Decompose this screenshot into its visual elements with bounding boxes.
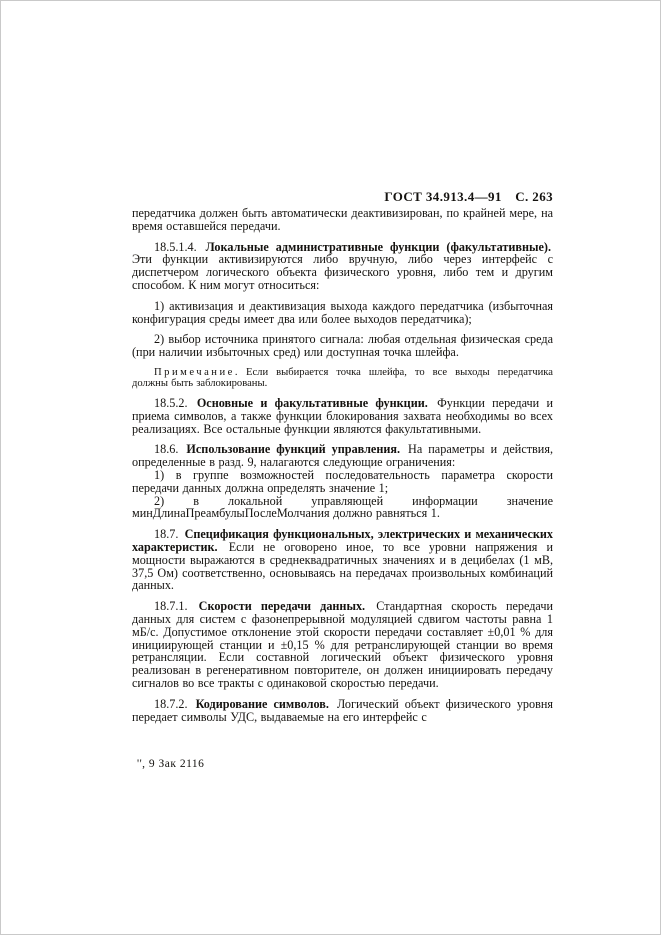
section-paragraph: 18.6. Использование функций управления. … <box>132 443 553 469</box>
document-page: ГОСТ 34.913.4—91 С. 263 передатчика долж… <box>0 0 661 935</box>
paragraph-text: 1) активизация и деактивизация выхода ка… <box>132 299 553 326</box>
paragraph-text: 2) выбор источника принятого сигнала: лю… <box>132 332 553 359</box>
body-paragraph: передатчика должен быть автоматически де… <box>132 207 553 233</box>
section-paragraph: 18.7. Спецификация функциональных, элект… <box>132 528 553 592</box>
section-paragraph: 18.7.2. Кодирование символов. Логический… <box>132 698 553 724</box>
body-paragraph: 1) в группе возможностей последовательно… <box>132 469 553 495</box>
paragraph-text: Эти функции активизируются либо вручную,… <box>132 252 553 292</box>
section-paragraph: 18.5.2. Основные и факультативные функци… <box>132 397 553 435</box>
section-paragraph: 18.5.1.4. Локальные административные фун… <box>132 241 553 292</box>
note-label: Примечание. <box>154 367 246 378</box>
body-paragraph: 1) активизация и деактивизация выхода ка… <box>132 300 553 326</box>
body-paragraph: 2) в локальной управляющей информации зн… <box>132 495 553 521</box>
paragraph-text: Стандартная скорость передачи данных для… <box>132 599 553 690</box>
paragraph-text: передатчика должен быть автоматически де… <box>132 206 553 233</box>
document-content: передатчика должен быть автоматически де… <box>132 207 553 723</box>
section-paragraph: 18.7.1. Скорости передачи данных. Станда… <box>132 600 553 690</box>
paragraph-text: 1) в группе возможностей последовательно… <box>132 468 553 495</box>
note-paragraph: Примечание.Если выбирается точка шлейфа,… <box>132 367 553 389</box>
page-header: ГОСТ 34.913.4—91 С. 263 <box>132 189 553 205</box>
page-footer: '', 9 Зак 2116 <box>137 758 204 770</box>
body-paragraph: 2) выбор источника принятого сигнала: лю… <box>132 333 553 359</box>
paragraph-text: 2) в локальной управляющей информации зн… <box>132 494 553 521</box>
